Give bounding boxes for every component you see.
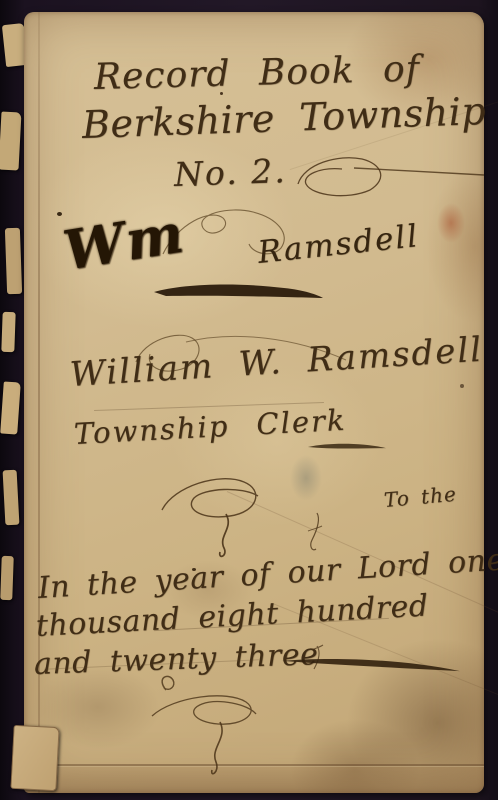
pen-rule-line [354, 166, 484, 178]
pen-dash-stroke [306, 440, 388, 454]
torn-page-edge [5, 228, 22, 294]
red-ink-stain [437, 203, 465, 243]
pen-flourish-knot-bottom [132, 672, 287, 780]
salutation: To the [383, 484, 457, 510]
book-number: No. 2. [173, 154, 287, 191]
ink-smear-stroke [152, 280, 326, 302]
ink-speck [460, 384, 464, 388]
title-line-1: Record Book of [94, 51, 421, 96]
pen-flourish-knot [156, 470, 301, 560]
ink-speck [57, 212, 62, 216]
folded-paper-corner [10, 725, 59, 791]
torn-page-edge [0, 112, 22, 171]
torn-page-edge [3, 470, 20, 526]
book-photo: Record Book of Berkshire Township No. 2.… [0, 0, 498, 800]
torn-page-edge [1, 312, 15, 352]
initials-heavy: Wm [60, 205, 189, 277]
ink-underline-stroke [280, 656, 464, 674]
pen-mark [304, 509, 324, 554]
torn-page-edge [0, 556, 14, 600]
torn-page-edge [0, 381, 21, 434]
paper-page: Record Book of Berkshire Township No. 2.… [24, 12, 484, 793]
title-line-2: Berkshire Township [81, 92, 486, 144]
